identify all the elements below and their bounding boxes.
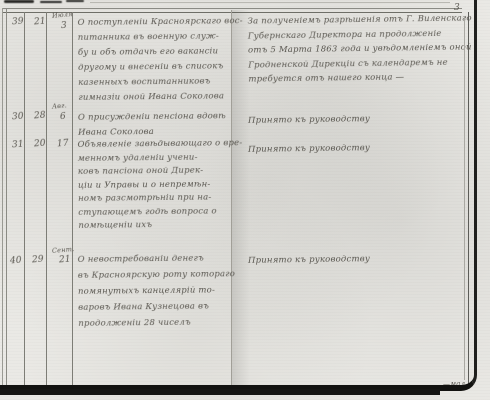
scanned-ledger-page: 3 39 21 Июля 3 О поступленіи Красноярска… (0, 0, 490, 400)
scan-bottom-border (0, 389, 440, 395)
page-edge-frame (0, 0, 477, 391)
